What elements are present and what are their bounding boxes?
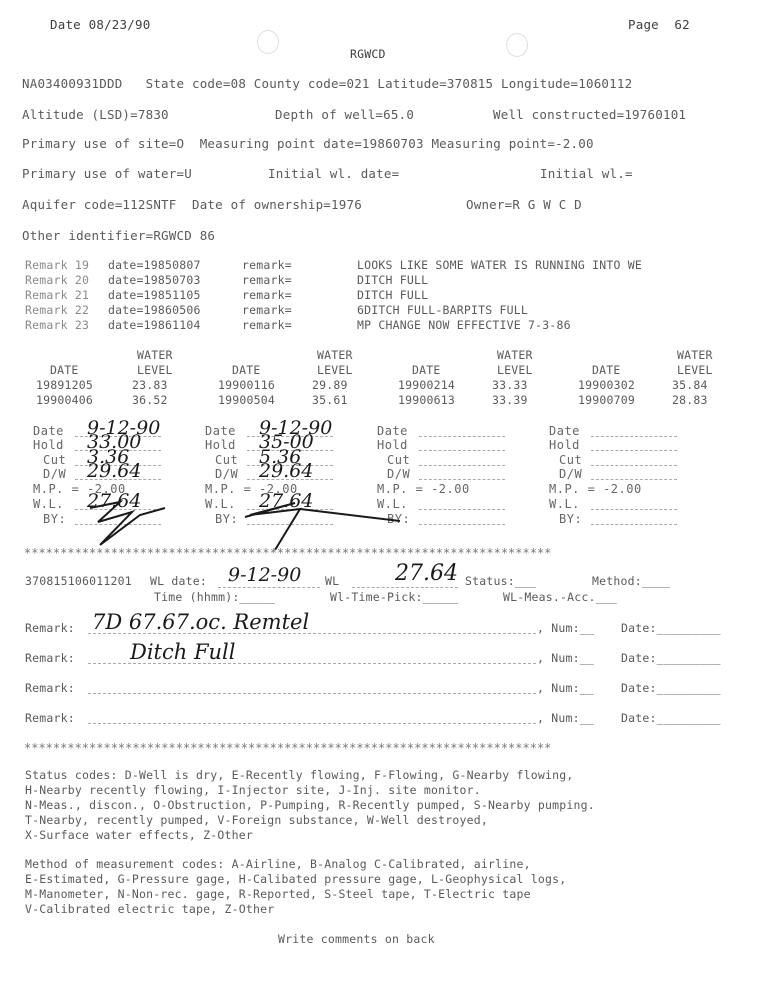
level-date: 19900406 [36,393,93,407]
level-value: 29.89 [312,378,348,392]
entry-remark-line [88,693,536,694]
entry-remark-label: Remark: [25,651,75,665]
form-input-dw[interactable]: 29.64 [259,462,313,481]
entry-remark-date[interactable]: Date:_________ [621,681,721,695]
well-constructed: Well constructed=19760101 [493,108,686,122]
wl-date-line [218,587,320,588]
form-label-mp: M.P. = -2.00 [377,482,470,496]
method-code-line: M-Manometer, N-Non-rec. gage, R-Reported… [25,887,531,901]
entry-remark-line [88,723,536,724]
form-input-dw[interactable]: 29.64 [87,462,141,481]
entry-remark-input[interactable]: 7D 67.67.oc. Remtel [92,613,309,632]
entry-site-id: 370815106011201 [25,574,132,588]
status-field[interactable]: Status:___ [465,574,536,588]
primary-use-water: Primary use of water=U [22,167,192,181]
col-header-level: LEVEL [677,363,713,377]
owner: Owner=R G W C D [466,198,582,212]
form-label-dw: D/W [215,467,238,481]
separator-1: ****************************************… [24,546,744,560]
remark-date: date=19861104 [108,318,201,332]
remark-label: Remark 19 [25,258,89,272]
method-code-line: V-Calibrated electric tape, Z-Other [25,902,274,916]
entry-remark-input[interactable]: Ditch Full [130,643,235,662]
remark-date: date=19850807 [108,258,201,272]
form-label-by: BY: [215,512,238,526]
form-label-hold: Hold [377,438,408,452]
punch-hole-left [257,30,279,54]
form-label-wl: W.L. [205,497,236,511]
method-field[interactable]: Method:____ [592,574,670,588]
level-value: 35.84 [672,378,708,392]
form-line-hold [591,450,677,451]
form-label-wl: W.L. [33,497,64,511]
remark-key: remark= [242,303,292,317]
entry-remark-date[interactable]: Date:_________ [621,711,721,725]
form-label-date: Date [33,424,64,438]
wl-time-pick-field[interactable]: Wl-Time-Pick:_____ [330,590,458,604]
level-date: 19900504 [218,393,275,407]
form-input-by[interactable] [431,507,501,523]
initial-wl: Initial wl.= [540,167,633,181]
form-line-dw [419,479,505,480]
col-header-water: WATER [677,348,713,362]
remark-key: remark= [242,318,292,332]
form-line-cut [591,465,677,466]
form-label-mp: M.P. = -2.00 [549,482,642,496]
level-date: 19900302 [578,378,635,392]
remark-label: Remark 23 [25,318,89,332]
remark-text: LOOKS LIKE SOME WATER IS RUNNING INTO WE [357,258,642,272]
status-code-line: H-Nearby recently flowing, I-Injector si… [25,783,481,797]
level-date: 19900613 [398,393,455,407]
level-value: 28.83 [672,393,708,407]
signature-1 [80,500,170,550]
level-value: 33.39 [492,393,528,407]
remark-label: Remark 22 [25,303,89,317]
remark-label: Remark 21 [25,288,89,302]
form-label-date: Date [549,424,580,438]
aquifer-code: Aquifer code=112SNTF Date of ownership=1… [22,198,362,212]
entry-remark-date[interactable]: Date:_________ [621,621,721,635]
footer-note: Write comments on back [278,932,435,946]
wl-date-input[interactable]: 9-12-90 [228,566,301,585]
entry-remark-label: Remark: [25,621,75,635]
form-line-hold [419,450,505,451]
status-code-line: X-Surface water effects, Z-Other [25,828,253,842]
level-date: 19900709 [578,393,635,407]
wl-input[interactable]: 27.64 [395,564,458,583]
page-number: Page 62 [628,18,690,32]
entry-remark-label: Remark: [25,681,75,695]
depth-of-well: Depth of well=65.0 [275,108,414,122]
initial-wl-date: Initial wl. date= [268,167,399,181]
form-label-cut: Cut [215,453,238,467]
entry-remark-num[interactable]: , Num:__ [537,621,594,635]
col-header-date: DATE [232,363,261,377]
form-label-hold: Hold [33,438,64,452]
time-field[interactable]: Time (hhmm):_____ [154,590,275,604]
form-label-by: BY: [43,512,66,526]
altitude: Altitude (LSD)=7830 [22,108,169,122]
col-header-level: LEVEL [497,363,533,377]
col-header-level: LEVEL [317,363,353,377]
entry-remark-num[interactable]: , Num:__ [537,651,594,665]
col-header-water: WATER [317,348,353,362]
form-line-date [419,436,505,437]
status-code-line: N-Meas., discon., O-Obstruction, P-Pumpi… [25,798,595,812]
col-header-water: WATER [137,348,173,362]
form-label-date: Date [377,424,408,438]
remark-key: remark= [242,288,292,302]
col-header-date: DATE [592,363,621,377]
level-value: 35.61 [312,393,348,407]
form-label-dw: D/W [559,467,582,481]
remark-text: 6DITCH FULL-BARPITS FULL [357,303,528,317]
method-code-line: E-Estimated, G-Pressure gage, H-Calibate… [25,872,566,886]
form-label-date: Date [205,424,236,438]
form-label-wl: W.L. [549,497,580,511]
form-input-by[interactable] [603,507,673,523]
level-date: 19900214 [398,378,455,392]
level-date: 19891205 [36,378,93,392]
remark-label: Remark 20 [25,273,89,287]
remark-key: remark= [242,273,292,287]
punch-hole-right [506,33,528,57]
other-identifier: Other identifier=RGWCD 86 [22,229,215,243]
wl-line [352,587,458,588]
status-code-line: T-Nearby, recently pumped, V-Foreign sub… [25,813,488,827]
separator-2: ****************************************… [24,741,744,755]
level-date: 19900116 [218,378,275,392]
form-line-by [591,524,677,525]
primary-use-site: Primary use of site=O Measuring point da… [22,137,594,151]
remark-date: date=19850703 [108,273,201,287]
form-label-dw: D/W [43,467,66,481]
remark-text: MP CHANGE NOW EFFECTIVE 7-3-86 [357,318,571,332]
entry-remark-num[interactable]: , Num:__ [537,711,594,725]
form-label-hold: Hold [549,438,580,452]
method-code-line: Method of measurement codes: A-Airline, … [25,857,531,871]
remark-text: DITCH FULL [357,288,428,302]
col-header-date: DATE [412,363,441,377]
remark-key: remark= [242,258,292,272]
entry-remark-label: Remark: [25,711,75,725]
form-label-hold: Hold [205,438,236,452]
level-value: 36.52 [132,393,168,407]
form-label-dw: D/W [387,467,410,481]
col-header-water: WATER [497,348,533,362]
entry-remark-date[interactable]: Date:_________ [621,651,721,665]
col-header-level: LEVEL [137,363,173,377]
remark-text: DITCH FULL [357,273,428,287]
report-date: Date 08/23/90 [50,18,150,32]
level-value: 33.33 [492,378,528,392]
form-line-dw [591,479,677,480]
level-value: 23.83 [132,378,168,392]
organization-title: RGWCD [350,47,386,61]
form-line-date [591,436,677,437]
wl-date-label: WL date: [150,574,207,588]
wl-label: WL [325,574,339,588]
remark-date: date=19860506 [108,303,201,317]
form-label-cut: Cut [387,453,410,467]
entry-remark-num[interactable]: , Num:__ [537,681,594,695]
form-label-cut: Cut [43,453,66,467]
col-header-date: DATE [50,363,79,377]
form-label-cut: Cut [559,453,582,467]
form-label-by: BY: [559,512,582,526]
wl-meas-acc-field[interactable]: WL-Meas.-Acc.___ [503,590,617,604]
form-line-cut [419,465,505,466]
status-code-line: Status codes: D-Well is dry, E-Recently … [25,768,574,782]
site-id-line: NA03400931DDD State code=08 County code=… [22,77,632,91]
remark-date: date=19851105 [108,288,201,302]
